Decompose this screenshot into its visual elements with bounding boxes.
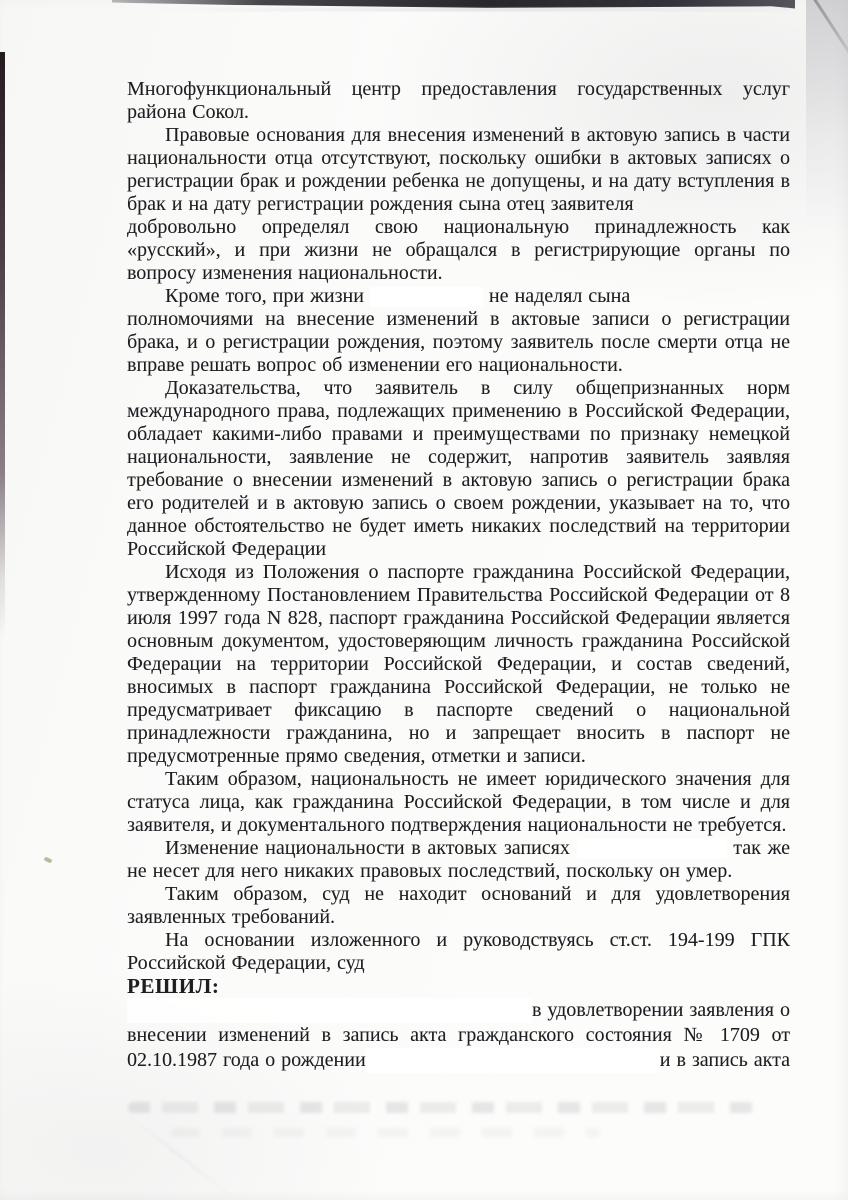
ruling-line-3-right: и в запись акта [660,1048,790,1073]
para-voluntary-nationality: добровольно определял свою национальную … [127,216,790,285]
decision-heading: РЕШИЛ: [127,975,790,998]
redaction-gap [577,839,727,859]
text-segment: Изменение национальности в актовых запис… [165,837,570,859]
paper-crease [119,1108,238,1200]
ruling-paragraph: в удовлетворении заявления о внесении из… [127,998,790,1073]
text-segment: Кроме того, при жизни [165,285,364,307]
scan-edge-top-highlight [150,8,790,11]
document-body: Многофункциональный центр предоставления… [127,78,790,1073]
para-no-legal-meaning: Таким образом, национальность не имеет ю… [127,768,790,837]
text-segment: Доказательства, что заявитель в силу общ… [127,377,790,560]
redaction-gap [370,287,483,307]
para-nationality-change: Изменение национальности в актовых запис… [127,837,790,883]
document-body-paragraphs: Многофункциональный центр предоставления… [127,78,790,975]
para-no-grounds: Таким образом, суд не находит оснований … [127,883,790,929]
text-segment: Исходя из Положения о паспорте гражданин… [127,561,790,767]
ink-bleed-through [170,1128,600,1137]
redaction-blank [366,1048,660,1073]
text-segment: Таким образом, суд не находит оснований … [127,883,790,928]
text-segment: полномочиями на внесение изменений в акт… [127,308,790,376]
scan-edge-left [0,52,5,637]
text-segment: добровольно определял свою национальную … [127,216,790,284]
ruling-line-3-left: 02.10.1987 года о рождении [127,1048,366,1073]
ruling-line-3: 02.10.1987 года о рождении и в запись ак… [127,1048,790,1073]
ink-bleed-through [128,1102,764,1113]
para-evidence: Доказательства, что заявитель в силу общ… [127,377,790,561]
para-mfc-continuation: Многофункциональный центр предоставления… [127,78,790,124]
text-segment: Правовые основания для внесения изменени… [127,124,790,215]
para-krome-togo-line: Кроме того, при жизни не наделял сына [127,285,790,308]
paper-speck [44,856,53,863]
para-based-on-articles: На основании изложенного и руководствуяс… [127,929,790,975]
para-passport-regulation: Исходя из Положения о паспорте гражданин… [127,561,790,768]
ruling-line-2: внесении изменений в запись акта граждан… [127,1023,790,1048]
ruling-line-1-text: в удовлетворении заявления о [532,998,790,1023]
text-segment: Многофункциональный центр предоставления… [127,78,790,123]
text-segment: На основании изложенного и руководствуяс… [127,929,790,974]
scanned-page: Многофункциональный центр предоставления… [0,0,848,1200]
text-segment: Таким образом, национальность не имеет ю… [127,768,790,836]
para-legal-grounds: Правовые основания для внесения изменени… [127,124,790,216]
scan-corner-shade [806,0,848,235]
text-segment: не наделял сына [489,285,630,307]
ruling-line-1: в удовлетворении заявления о [127,998,790,1023]
redaction-blank [127,998,532,1023]
para-krome-togo-rest: полномочиями на внесение изменений в акт… [127,308,790,377]
